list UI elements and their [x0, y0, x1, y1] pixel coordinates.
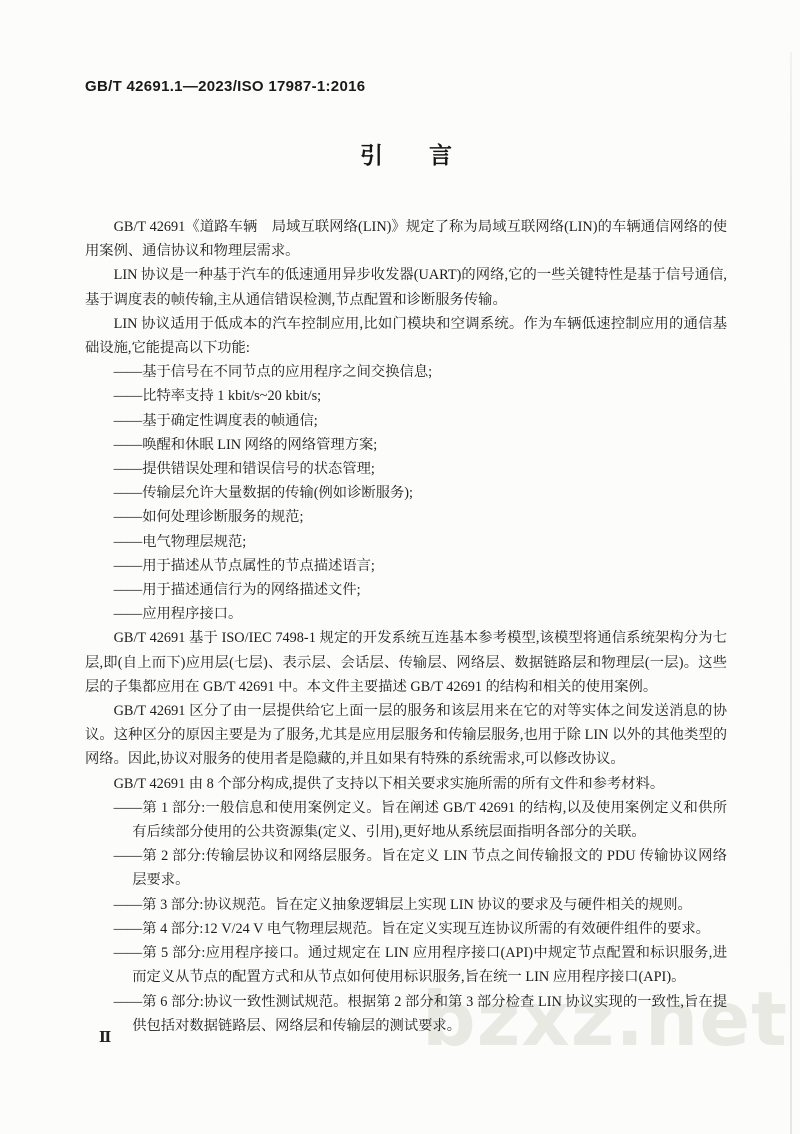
feature-item: ——用于描述从节点属性的节点描述语言;: [114, 554, 727, 578]
feature-item: ——用于描述通信行为的网络描述文件;: [114, 578, 727, 602]
paragraph-parts-intro: GB/T 42691 由 8 个部分构成,提供了支持以下相关要求实施所需的所有文…: [85, 772, 727, 796]
standard-number-header: GB/T 42691.1—2023/ISO 17987-1:2016: [85, 78, 727, 96]
part-item: ——第 6 部分:协议一致性测试规范。根据第 2 部分和第 3 部分检查 LIN…: [85, 990, 727, 1038]
page-title: 引 言: [85, 140, 727, 170]
feature-item: ——基于信号在不同节点的应用程序之间交换信息;: [114, 360, 727, 384]
part-item: ——第 5 部分:应用程序接口。通过规定在 LIN 应用程序接口(API)中规定…: [85, 941, 727, 989]
document-page: bzxz.net GB/T 42691.1—2023/ISO 17987-1:2…: [0, 0, 800, 1134]
feature-item: ——传输层允许大量数据的传输(例如诊断服务);: [114, 481, 727, 505]
paragraph-applications: LIN 协议适用于低成本的汽车控制应用,比如门模块和空调系统。作为车辆低速控制应…: [85, 312, 727, 360]
paragraph-osi-model: GB/T 42691 基于 ISO/IEC 7498-1 规定的开发系统互连基本…: [85, 626, 727, 699]
part-item: ——第 4 部分:12 V/24 V 电气物理层规范。旨在定义实现互连协议所需的…: [85, 917, 727, 941]
paragraph-service-protocol: GB/T 42691 区分了由一层提供给它上面一层的服务和该层用来在它的对等实体…: [85, 699, 727, 772]
feature-item: ——唤醒和休眠 LIN 网络的网络管理方案;: [114, 433, 727, 457]
part-item: ——第 3 部分:协议规范。旨在定义抽象逻辑层上实现 LIN 协议的要求及与硬件…: [85, 893, 727, 917]
part-item: ——第 1 部分:一般信息和使用案例定义。旨在阐述 GB/T 42691 的结构…: [85, 796, 727, 844]
feature-item: ——应用程序接口。: [114, 602, 727, 626]
feature-item: ——电气物理层规范;: [114, 530, 727, 554]
paragraph-scope: GB/T 42691《道路车辆 局域互联网络(LIN)》规定了称为局域互联网络(…: [85, 215, 727, 263]
paragraph-lin-protocol: LIN 协议是一种基于汽车的低速通用异步收发器(UART)的网络,它的一些关键特…: [85, 263, 727, 311]
feature-item: ——比特率支持 1 kbit/s~20 kbit/s;: [114, 384, 727, 408]
feature-item: ——提供错误处理和错误信号的状态管理;: [114, 457, 727, 481]
scan-edge-line: [790, 52, 792, 1134]
page-number: Ⅱ: [99, 1029, 111, 1047]
feature-item: ——基于确定性调度表的帧通信;: [114, 409, 727, 433]
page-content: GB/T 42691.1—2023/ISO 17987-1:2016 引 言 G…: [85, 78, 727, 1038]
feature-item: ——如何处理诊断服务的规范;: [114, 505, 727, 529]
part-item: ——第 2 部分:传输层协议和网络层服务。旨在定义 LIN 节点之间传输报文的 …: [85, 844, 727, 892]
